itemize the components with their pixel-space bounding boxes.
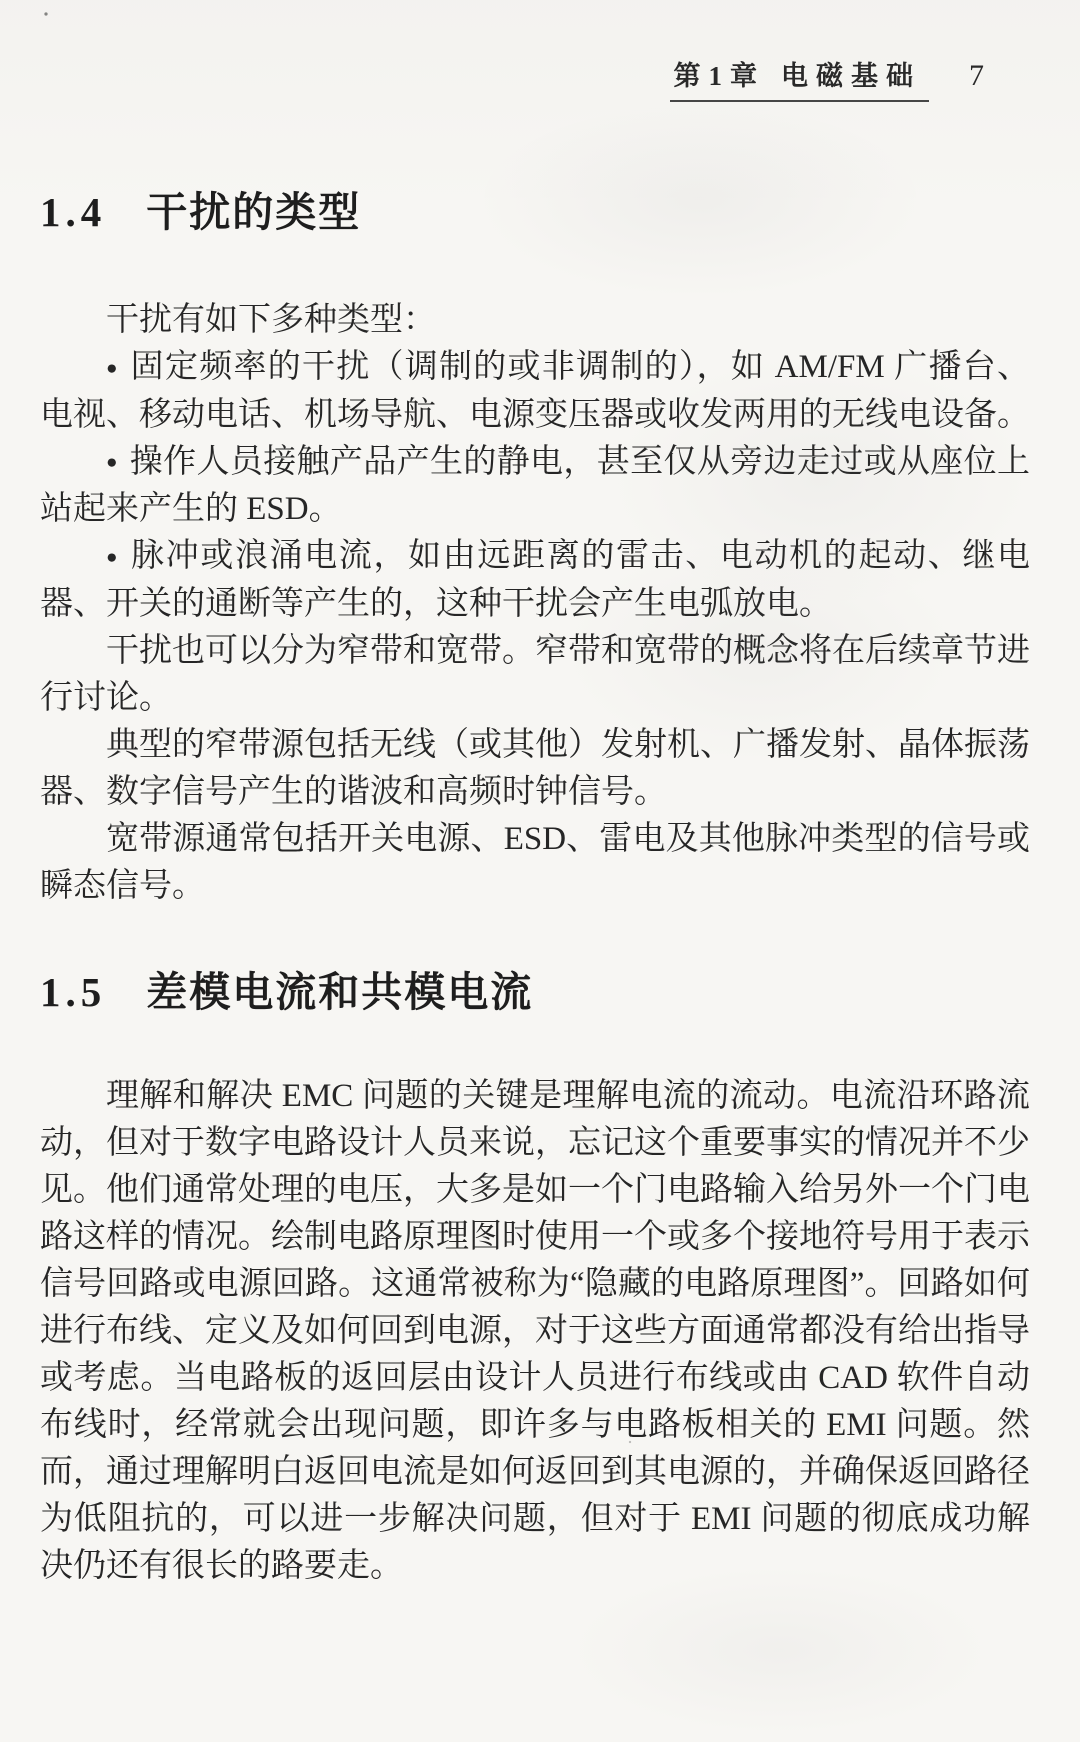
paragraph: 干扰也可以分为窄带和宽带。窄带和宽带的概念将在后续章节进行讨论。 <box>40 628 1030 722</box>
bullet-item: ●固定频率的干扰（调制的或非调制的），如 AM/FM 广播台、电视、移动电话、机… <box>40 344 1030 439</box>
section-heading-1-5: 1.5差模电流和共模电流 <box>40 970 1080 1015</box>
bullet-text: 操作人员接触产品产生的静电，甚至仅从旁边走过或从座位上站起来产生的 ESD。 <box>40 444 1030 528</box>
running-header: 第1章电磁基础 7 <box>0 0 1080 102</box>
bullet-icon: ● <box>106 534 118 581</box>
book-page: 第1章电磁基础 7 1.4干扰的类型 干扰有如下多种类型： ●固定频率的干扰（调… <box>0 0 1080 1742</box>
bullet-item: ●操作人员接触产品产生的静电，甚至仅从旁边走过或从座位上站起来产生的 ESD。 <box>40 439 1030 534</box>
paragraph: 理解和解决 EMC 问题的关键是理解电流的流动。电流沿环路流动，但对于数字电路设… <box>40 1073 1030 1590</box>
section-number: 1.4 <box>40 189 106 235</box>
paragraph: 典型的窄带源包括无线（或其他）发射机、广播发射、晶体振荡器、数字信号产生的谐波和… <box>40 722 1030 816</box>
section-1-5-body: 理解和解决 EMC 问题的关键是理解电流的流动。电流沿环路流动，但对于数字电路设… <box>40 1073 1030 1590</box>
chapter-label: 第1章 <box>674 61 766 91</box>
section-heading-1-4: 1.4干扰的类型 <box>40 190 1080 235</box>
bullet-icon: ● <box>106 345 118 392</box>
bullet-item: ●脉冲或浪涌电流，如由远距离的雷击、电动机的起动、继电器、开关的通断等产生的，这… <box>40 533 1030 628</box>
chapter-title: 电磁基础 <box>781 61 921 91</box>
bullet-text: 脉冲或浪涌电流，如由远距离的雷击、电动机的起动、继电器、开关的通断等产生的，这种… <box>40 538 1030 622</box>
paragraph: 宽带源通常包括开关电源、ESD、雷电及其他脉冲类型的信号或瞬态信号。 <box>40 816 1030 910</box>
paragraph: 干扰有如下多种类型： <box>40 297 1030 344</box>
section-title: 干扰的类型 <box>146 189 361 235</box>
section-number: 1.5 <box>40 969 106 1015</box>
section-title: 差模电流和共模电流 <box>146 969 533 1015</box>
bullet-icon: ● <box>106 439 118 486</box>
page-number: 7 <box>969 59 984 93</box>
bullet-text: 固定频率的干扰（调制的或非调制的），如 AM/FM 广播台、电视、移动电话、机场… <box>40 349 1030 433</box>
chapter-heading: 第1章电磁基础 <box>670 54 930 102</box>
section-1-4-body: 干扰有如下多种类型： ●固定频率的干扰（调制的或非调制的），如 AM/FM 广播… <box>40 297 1030 910</box>
